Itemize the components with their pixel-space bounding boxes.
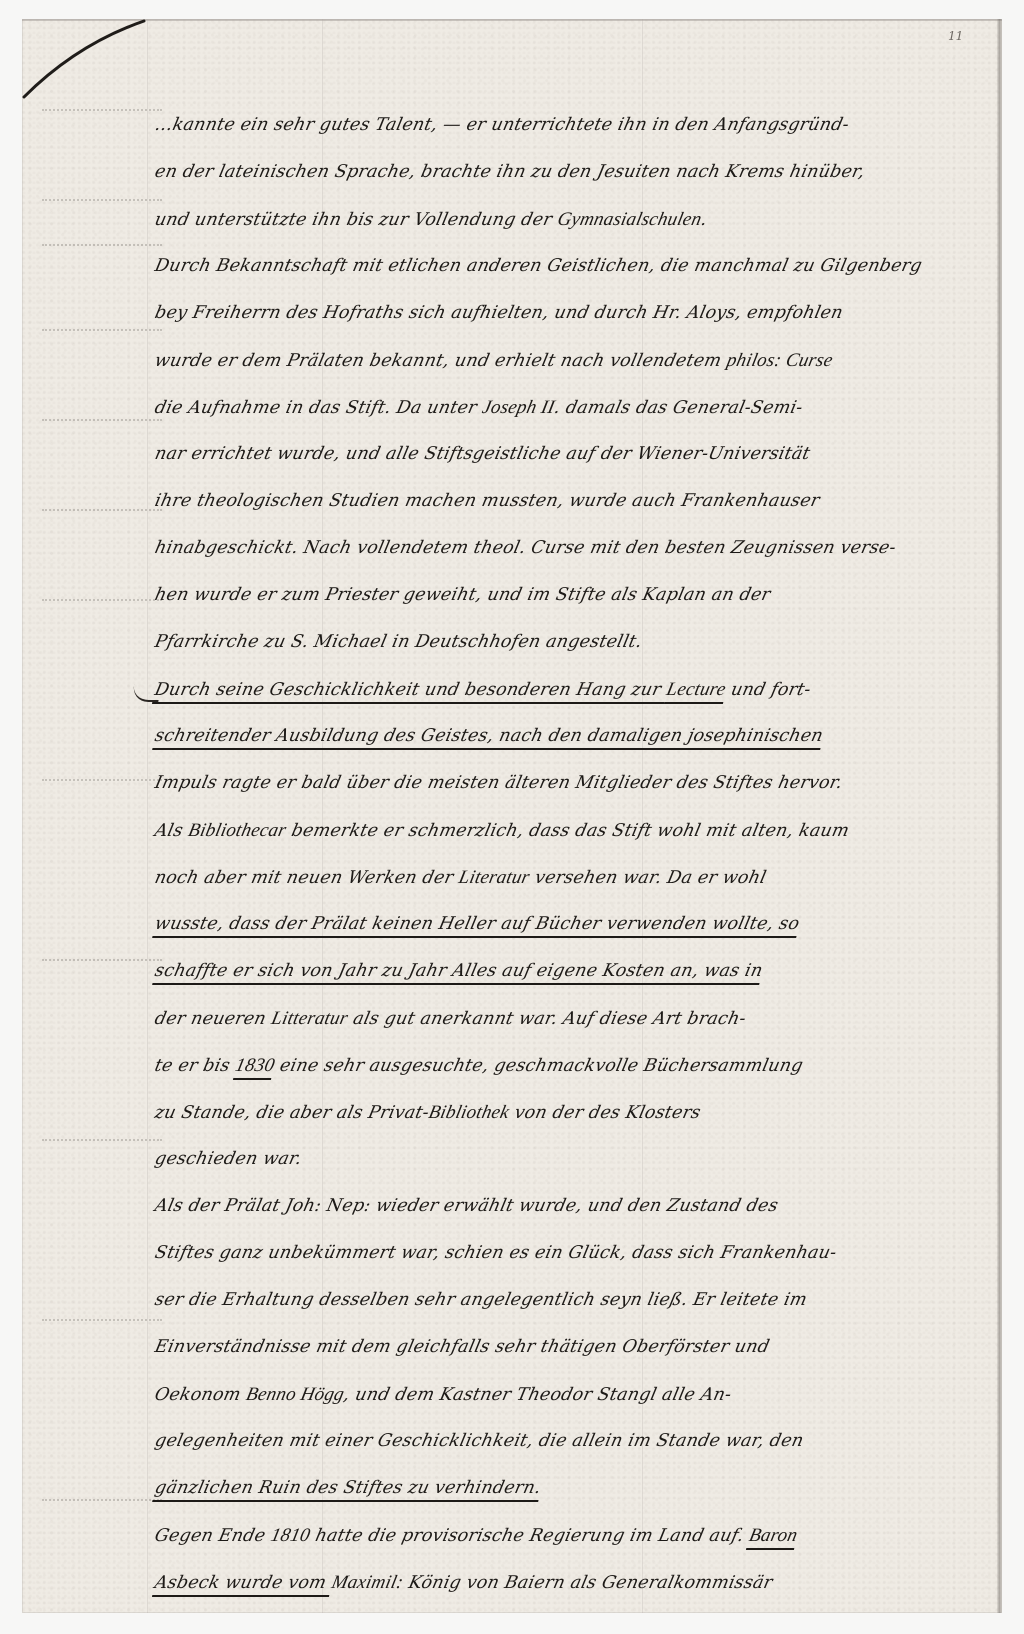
text-line: wusste, dass der Prälat keinen Heller au…: [150, 901, 980, 948]
text-line: wurde er dem Prälaten bekannt, und erhie…: [150, 337, 980, 384]
bleed-through-mark: [42, 109, 162, 113]
text-line: schreitender Ausbildung des Geistes, nac…: [150, 713, 980, 760]
text-line: Einverständnisse mit dem gleichfalls seh…: [150, 1324, 980, 1371]
scan-background: 11 …kannte ein sehr gutes Talent, — er u…: [0, 0, 1024, 1634]
text-line: …kannte ein sehr gutes Talent, — er unte…: [150, 102, 980, 149]
text-line: Impuls ragte er bald über die meisten äl…: [150, 760, 980, 807]
text-line: gänzlichen Ruin des Stiftes zu verhinder…: [150, 1465, 980, 1512]
text-line: ihre theologischen Studien machen musste…: [150, 478, 980, 525]
text-line: Stiftes ganz unbekümmert war, schien es …: [150, 1230, 980, 1277]
bleed-through-mark: [42, 199, 162, 203]
folio-number: 11: [948, 29, 963, 43]
text-line: Als der Prälat Joh: Nep: wieder erwählt …: [150, 1183, 980, 1230]
text-line: ser die Erhaltung desselben sehr angeleg…: [150, 1277, 980, 1324]
text-line: Asbeck wurde vom Maximil: König von Baie…: [150, 1559, 980, 1606]
bleed-through-mark: [42, 1139, 162, 1143]
text-line: Oekonom Benno Högg, und dem Kastner Theo…: [150, 1371, 980, 1418]
text-line: geschieden war.: [150, 1136, 980, 1183]
text-line: hen wurde er zum Priester geweiht, und i…: [150, 572, 980, 619]
text-line: nar errichtet wurde, und alle Stiftsgeis…: [150, 431, 980, 478]
bleed-through-mark: [42, 329, 162, 333]
text-line: der neueren Litteratur als gut anerkannt…: [150, 995, 980, 1042]
text-line: gelegenheiten mit einer Geschicklichkeit…: [150, 1418, 980, 1465]
bleed-through-mark: [42, 509, 162, 513]
page-right-edge: [997, 19, 1002, 1613]
text-line: schaffte er sich von Jahr zu Jahr Alles …: [150, 948, 980, 995]
text-line: und unterstützte ihn bis zur Vollendung …: [150, 196, 980, 243]
bleed-through-mark: [42, 1499, 162, 1503]
text-line: en der lateinischen Sprache, brachte ihn…: [150, 149, 980, 196]
text-line: noch aber mit neuen Werken der Literatur…: [150, 854, 980, 901]
bleed-through-mark: [42, 599, 162, 603]
text-line: Durch seine Geschicklichkeit und besonde…: [150, 666, 980, 713]
bleed-through-mark: [42, 959, 162, 963]
text-line: Pfarrkirche zu S. Michael in Deutschhofe…: [150, 619, 980, 666]
manuscript-text: …kannte ein sehr gutes Talent, — er unte…: [150, 102, 970, 1606]
text-line: Durch Bekanntschaft mit etlichen anderen…: [150, 243, 980, 290]
page-top-edge: [22, 19, 1002, 21]
text-line: Gegen Ende 1810 hatte die provisorische …: [150, 1512, 980, 1559]
bleed-through-mark: [42, 419, 162, 423]
bleed-through-mark: [42, 779, 162, 783]
bleed-through-mark: [42, 1319, 162, 1323]
bleed-through-mark: [42, 244, 162, 248]
text-line: hinabgeschickt. Nach vollendetem theol. …: [150, 525, 980, 572]
text-line: die Aufnahme in das Stift. Da unter Jose…: [150, 384, 980, 431]
text-line: Als Bibliothecar bemerkte er schmerzlich…: [150, 807, 980, 854]
text-line: bey Freiherrn des Hofraths sich aufhielt…: [150, 290, 980, 337]
text-line: te er bis 1830 eine sehr ausgesuchte, ge…: [150, 1042, 980, 1089]
margin-rule-line: [147, 19, 148, 1613]
corner-pen-stroke-icon: [22, 19, 152, 99]
text-line: zu Stande, die aber als Privat-Bibliothe…: [150, 1089, 980, 1136]
